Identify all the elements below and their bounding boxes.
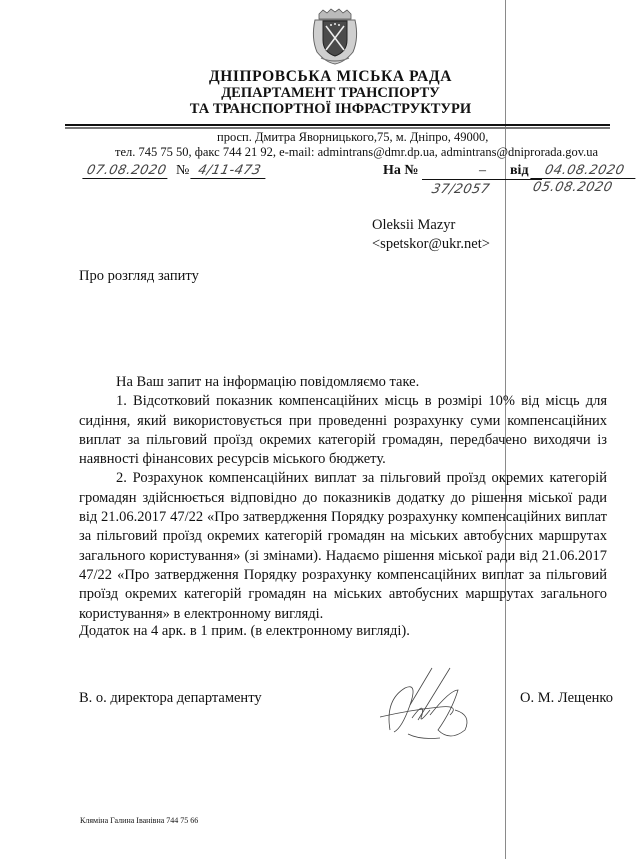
letterhead-rule-thin [65, 127, 610, 129]
annex-note: Додаток на 4 арк. в 1 прим. (в електронн… [79, 623, 410, 640]
postal-address: просп. Дмитра Яворницького,75, м. Дніпро… [217, 130, 488, 145]
number-label: № [176, 163, 189, 178]
signatory-title: В. о. директора департаменту [79, 690, 262, 707]
org-name: ДНІПРОВСЬКА МІСЬКА РАДА [10, 68, 641, 86]
reference-label: На № [383, 163, 418, 178]
from-label: від [510, 163, 529, 178]
reference-date: 04.08.2020 [530, 163, 638, 179]
reference-number-handwritten: 37/2057 [430, 182, 491, 197]
addressee-email: <spetskor@ukr.net> [372, 235, 490, 254]
reference-date-handwritten: 05.08.2020 [531, 180, 614, 195]
body-paragraph-1: 1. Відсотковий показник компенсаційних м… [79, 392, 607, 469]
body-paragraph-2: 2. Розрахунок компенсаційних виплат за п… [79, 469, 607, 623]
dnipro-coat-of-arms-icon [307, 8, 363, 66]
letterhead-rule [65, 124, 610, 126]
body-intro: На Ваш запит на інформацію повідомляємо … [79, 373, 607, 392]
handwritten-signature-icon [380, 660, 490, 760]
letter-body: На Ваш запит на інформацію повідомляємо … [79, 373, 607, 624]
addressee-name: Oleksii Mazyr [372, 216, 490, 235]
signatory-name: О. М. Лещенко [520, 690, 613, 707]
outgoing-number-field: №4/11-473 [176, 163, 267, 179]
outgoing-date-field: 07.08.2020 [84, 163, 169, 179]
department-name: ДЕПАРТАМЕНТ ТРАНСПОРТУ [10, 85, 641, 102]
outgoing-date: 07.08.2020 [82, 163, 170, 179]
contact-line: тел. 745 75 50, факс 744 21 92, e-mail: … [115, 145, 598, 160]
executor-info: Кляміна Галина Іванівна 744 75 66 [80, 816, 198, 825]
outgoing-number: 4/11-473 [191, 163, 269, 179]
department-name-cont: ТА ТРАНСПОРТНОЇ ІНФРАСТРУКТУРИ [10, 101, 641, 118]
addressee-block: Oleksii Mazyr <spetskor@ukr.net> [372, 216, 490, 254]
letter-subject: Про розгляд запиту [79, 268, 199, 285]
reference-date-field: від04.08.2020 [510, 163, 637, 179]
